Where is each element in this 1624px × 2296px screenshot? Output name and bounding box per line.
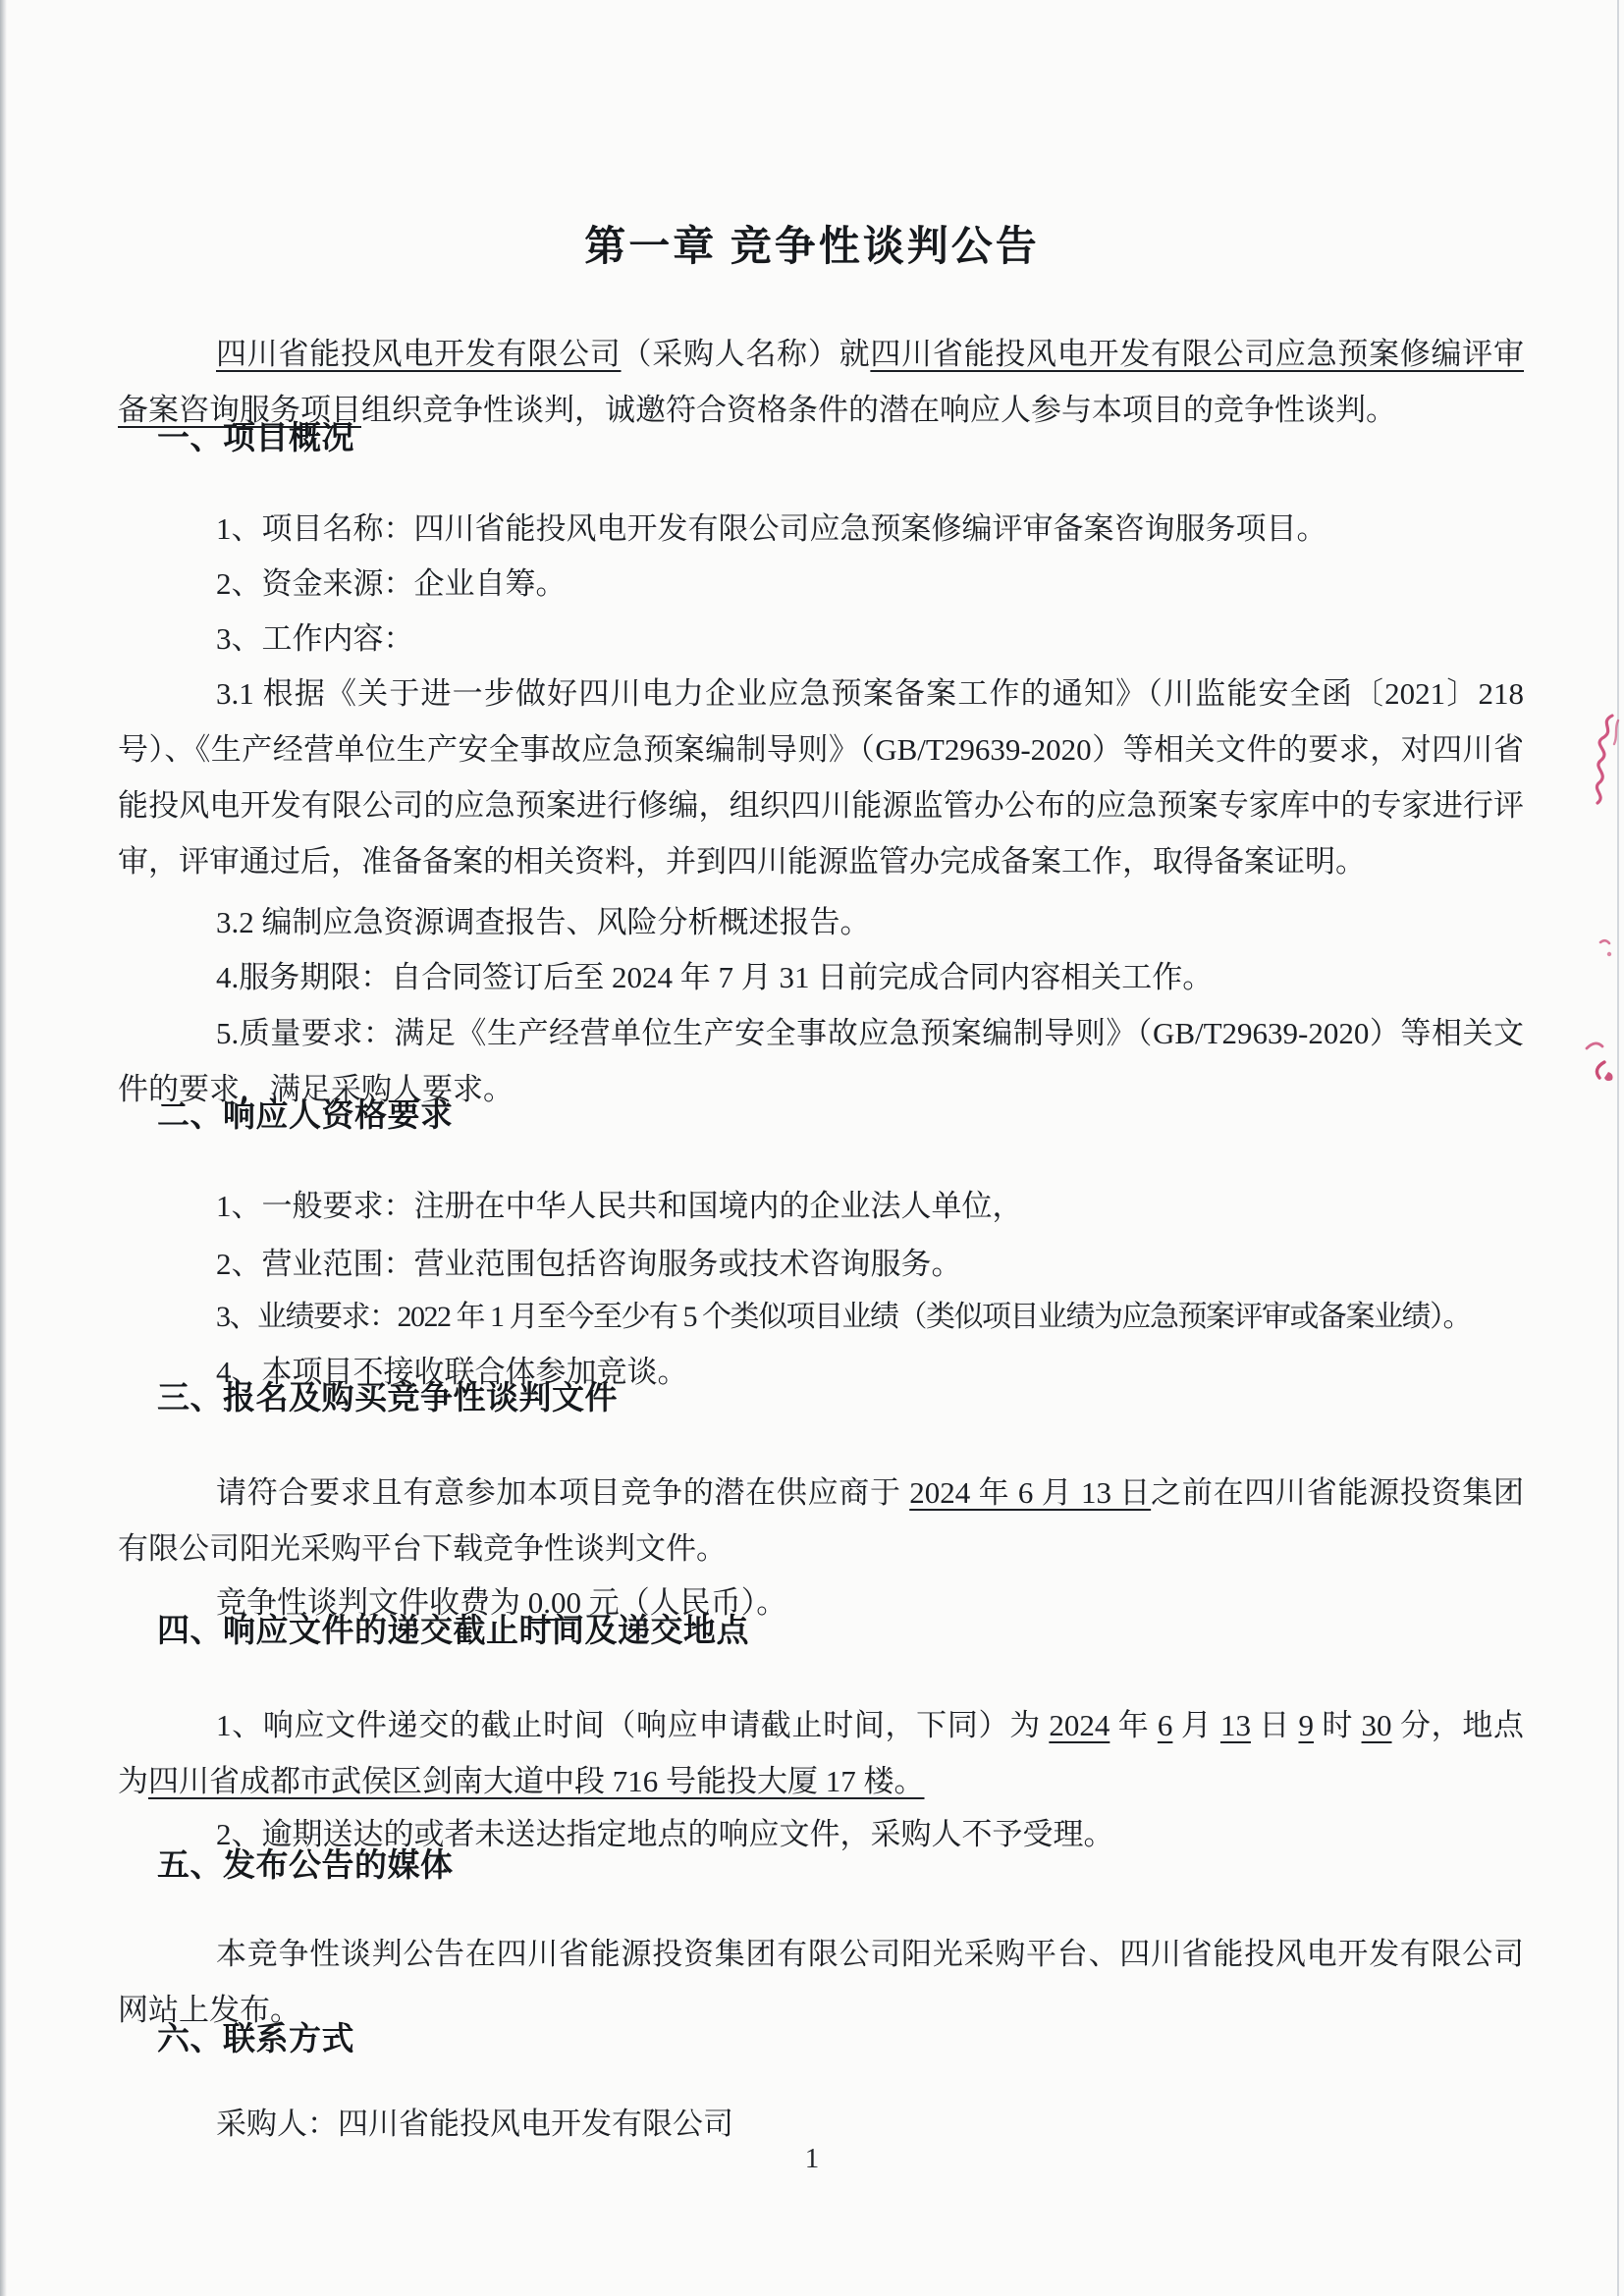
section4-item1: 1、响应文件递交的截止时间（响应申请截止时间，下同）为 2024 年 6 月 1… (118, 1697, 1524, 1809)
deadline-sep4: 时 (1314, 1708, 1362, 1742)
deadline-sep1: 年 (1110, 1708, 1158, 1742)
section3-heading: 三、报名及购买竞争性谈判文件 (157, 1378, 1532, 1417)
page-number: 1 (0, 2139, 1624, 2178)
intro-text: （采购人名称）就 (622, 337, 871, 371)
section3-paragraph: 请符合要求且有意参加本项目竞争的潜在供应商于 2024 年 6 月 13 日之前… (118, 1465, 1524, 1576)
deadline-hour-underlined: 9 (1298, 1708, 1314, 1742)
red-ink-dot (1595, 936, 1618, 962)
section1-item3: 3、工作内容： (118, 611, 1524, 667)
deadline-minute-underlined: 30 (1362, 1708, 1392, 1742)
section4-heading: 四、响应文件的递交截止时间及递交地点 (157, 1611, 1532, 1650)
section2-item1: 1、一般要求：注册在中华人民共和国境内的企业法人单位， (118, 1178, 1524, 1234)
document-page: 第一章 竞争性谈判公告 四川省能投风电开发有限公司（采购人名称）就四川省能投风电… (0, 0, 1624, 2296)
section1-item3-2: 3.2 编制应急资源调查报告、风险分析概述报告。 (118, 894, 1524, 950)
chapter-title: 第一章 竞争性谈判公告 (0, 218, 1624, 277)
scan-edge-shadow-left (0, 0, 7, 2296)
download-deadline-underlined: 2024 年 6 月 13 日 (909, 1475, 1151, 1510)
buyer-name-underlined: 四川省能投风电开发有限公司 (216, 337, 622, 371)
deadline-year-underlined: 2024 (1049, 1708, 1110, 1742)
section2-heading: 二、响应人资格要求 (157, 1095, 1532, 1135)
deadline-sep3: 日 (1251, 1708, 1299, 1742)
submission-address-underlined: 四川省成都市武侯区剑南大道中段 716 号能投大厦 17 楼。 (148, 1764, 925, 1798)
deadline-sep2: 月 (1172, 1708, 1220, 1742)
section5-heading: 五、发布公告的媒体 (157, 1845, 1532, 1885)
section1-heading: 一、项目概况 (157, 418, 1532, 457)
red-ink-check-mark (1579, 1037, 1622, 1084)
deadline-day-underlined: 13 (1220, 1708, 1251, 1742)
section6-heading: 六、联系方式 (157, 2019, 1532, 2058)
section2-item2: 2、营业范围：营业范围包括咨询服务或技术咨询服务。 (118, 1236, 1524, 1292)
section1-item4: 4.服务期限：自合同签订后至 2024 年 7 月 31 日前完成合同内容相关工… (118, 949, 1524, 1005)
section3-text: 请符合要求且有意参加本项目竞争的潜在供应商于 (216, 1475, 909, 1510)
section1-item1: 1、项目名称：四川省能投风电开发有限公司应急预案修编评审备案咨询服务项目。 (118, 501, 1524, 557)
section1-item3-1: 3.1 根据《关于进一步做好四川电力企业应急预案备案工作的通知》（川监能安全函〔… (118, 666, 1524, 889)
section2-item3: 3、业绩要求：2022 年 1 月至今至少有 5 个类似项目业绩（类似项目业绩为… (118, 1289, 1524, 1345)
scan-edge-line-right (1617, 0, 1619, 2296)
deadline-text: 1、响应文件递交的截止时间（响应申请截止时间，下同）为 (216, 1708, 1049, 1742)
section1-item2: 2、资金来源：企业自筹。 (118, 556, 1524, 612)
red-ink-margin-scribble (1589, 713, 1622, 805)
deadline-month-underlined: 6 (1158, 1708, 1173, 1742)
